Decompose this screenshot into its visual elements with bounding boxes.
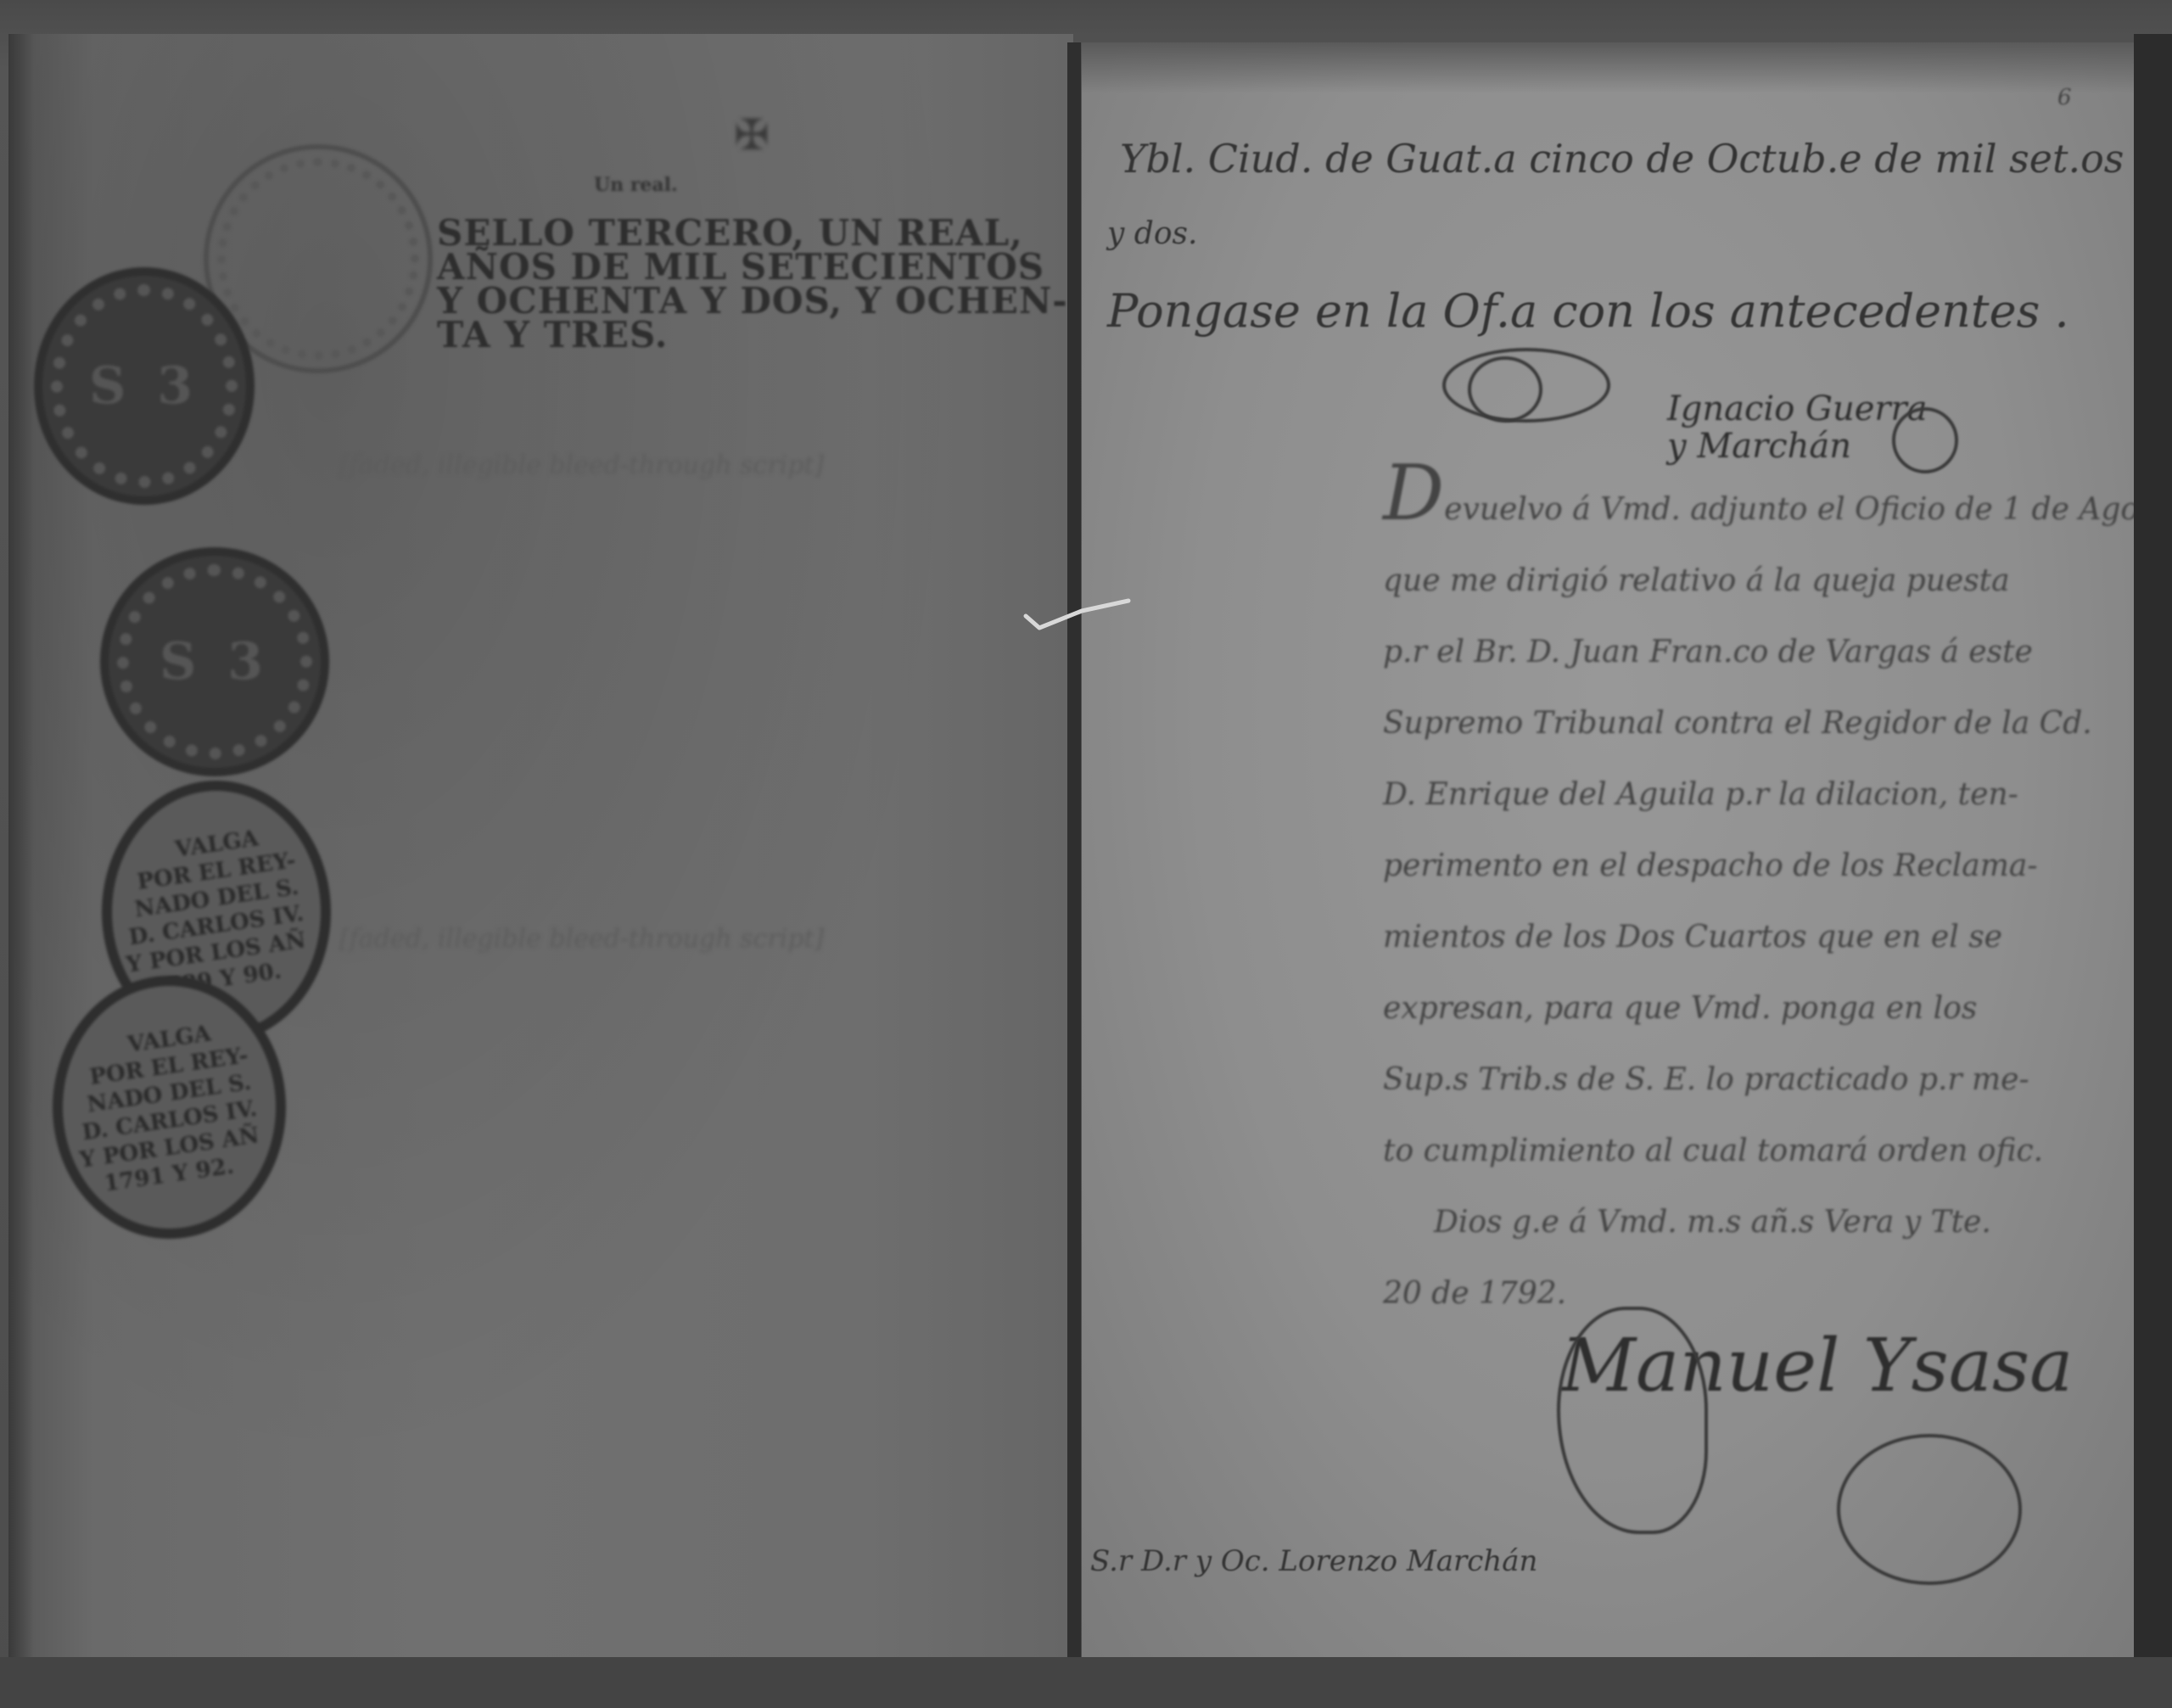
faded-line: [faded, illegible bleed-through script] (339, 441, 984, 490)
emblem-seal-1: S 3 (34, 267, 255, 505)
stamp-header-line: TA Y TRES. (437, 318, 1065, 352)
letter-line: expresan, para que Vmd. ponga en los (1383, 973, 2147, 1044)
stamp-header-line: AÑOS DE MIL SETECIENTOS (437, 250, 1065, 284)
valga-seal-2: VALGA POR EL REY- NADO DEL S. D. CARLOS … (53, 976, 286, 1239)
cross-mark: ✠ (734, 110, 770, 160)
scanner-bottom-edge (0, 1657, 2172, 1708)
stamp-price: Un real. (594, 174, 678, 196)
emblem-seal-2: S 3 (100, 547, 329, 776)
letter-line: Devuelvo á Vmd. adjunto el Oficio de 1 d… (1383, 458, 2147, 546)
letter-line: to cumplimiento al cual tomará orden ofi… (1383, 1116, 2147, 1187)
letter-line: D. Enrique del Aguila p.r la dilacion, t… (1383, 759, 2147, 831)
letter-line: Dios g.e á Vmd. m.s añ.s Vera y Tte. (1383, 1187, 2147, 1258)
letter-line: mientos de los Dos Cuartos que en el se (1383, 902, 2147, 973)
faded-bleedthrough-text: [faded, illegible bleed-through script] … (339, 441, 984, 964)
page-number: 6 (2057, 85, 2072, 110)
stamp-header-line: Y OCHENTA Y DOS, Y OCHEN- (437, 284, 1065, 318)
letter-body: Devuelvo á Vmd. adjunto el Oficio de 1 d… (1383, 458, 2147, 1330)
letter-line: Supremo Tribunal contra el Regidor de la… (1383, 688, 2147, 759)
letter-line: p.r el Br. D. Juan Fran.co de Vargas á e… (1383, 617, 2147, 688)
scanner-edge (2134, 34, 2172, 1697)
letter-line: que me dirigió relativo á la queja puest… (1383, 546, 2147, 617)
heading-line-2: y dos. (1107, 216, 1197, 251)
signature-flourish (1837, 1434, 2022, 1585)
stamp-header-line: SELLO TERCERO, UN REAL, (437, 216, 1065, 250)
letter-line: 20 de 1792. (1383, 1258, 2147, 1330)
letter-line: perimento en el despacho de los Reclama- (1383, 831, 2147, 902)
heading-line-1: Ybl. Ciud. de Guat.a cinco de Octub.e de… (1120, 136, 2172, 182)
stamp-header: SELLO TERCERO, UN REAL, AÑOS DE MIL SETE… (437, 216, 1065, 352)
book-gutter (1067, 42, 1081, 1680)
heading-line-3: Pongase en la Of.a con los antecedentes … (1107, 284, 2069, 338)
rubric-flourish (1468, 356, 1542, 423)
footer-note: S.r D.r y Oc. Lorenzo Marchán (1090, 1544, 1537, 1578)
faded-line: [faded, illegible bleed-through script] (339, 915, 984, 964)
letter-line: Sup.s Trib.s de S. E. lo practicado p.r … (1383, 1044, 2147, 1116)
checkmark-icon (1022, 594, 1133, 645)
